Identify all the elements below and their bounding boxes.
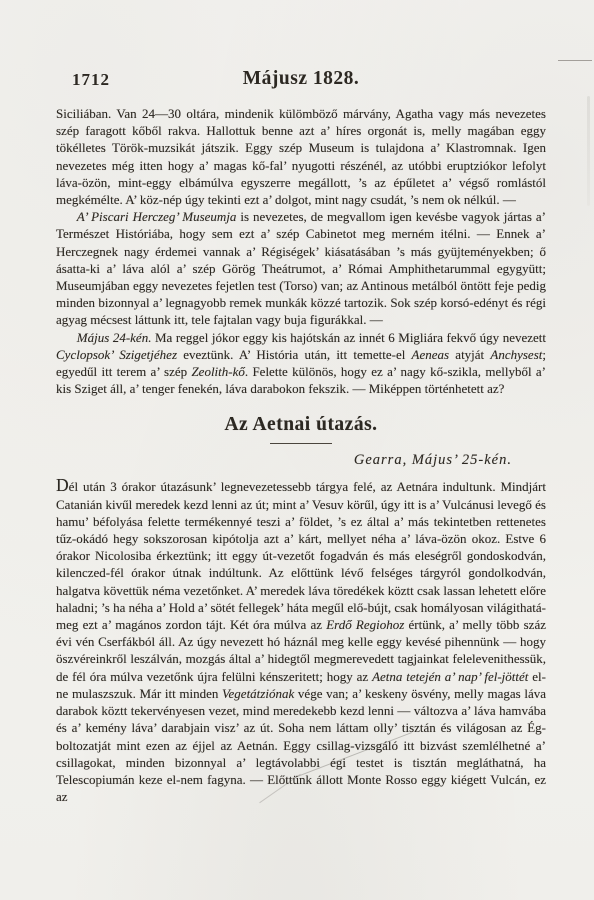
article-paragraph: Dél után 3 órakor útazásunk’ legnevezete… [56, 477, 546, 805]
scan-artifact-smudge [587, 96, 590, 206]
heading-divider [270, 443, 332, 444]
italic-text-run: Aeneas [412, 347, 450, 362]
italic-text-run: Zeolith-kő [191, 364, 244, 379]
issue-title: Májusz 1828. [56, 68, 546, 90]
italic-text-run: Erdő Regiohoz [326, 617, 404, 632]
scan-artifact-dash [558, 60, 592, 61]
text-run: Ma reggel jókor eggy kis hajótskán az in… [151, 330, 546, 345]
dateline: Gearra, Május’ 25-kén. [56, 452, 546, 469]
text-run: Dél után 3 órakor útazásunk’ legnevezete… [56, 479, 546, 632]
article-paragraphs: Dél után 3 órakor útazásunk’ legnevezete… [56, 477, 546, 805]
text-run: vége van; a’ keskeny ösvény, melly magas… [56, 686, 546, 804]
italic-text-run: Vegetátziónak [222, 686, 294, 701]
italic-text-run: Aetna tetején a’ nap’ fel-jöttét [372, 669, 528, 684]
page-header: 1712 Májusz 1828. [56, 70, 546, 96]
text-column: 1712 Májusz 1828. Siciliában. Van 24—30 … [56, 70, 546, 805]
italic-text-run: Cyclopsok’ Szigetjéhez [56, 347, 177, 362]
text-run: eveztünk. A’ História után, itt temette-… [177, 347, 412, 362]
italic-text-run: Anchysest [490, 347, 542, 362]
body-paragraph: Május 24-kén. Ma reggel jókor eggy kis h… [56, 329, 546, 398]
section-title: Az Aetnai útazás. [56, 414, 546, 436]
body-paragraphs: Siciliában. Van 24—30 oltára, mindenik k… [56, 105, 546, 397]
italic-text-run: A’ Piscari Herczeg’ Museumja [77, 209, 237, 224]
text-run: Siciliában. Van 24—30 oltára, mindenik k… [56, 106, 546, 207]
italic-text-run: Május 24-kén. [77, 330, 152, 345]
text-run: is nevezetes, de megvallom igen kevésbe … [56, 209, 546, 327]
body-paragraph: A’ Piscari Herczeg’ Museumja is nevezete… [56, 208, 546, 328]
body-paragraph: Siciliában. Van 24—30 oltára, mindenik k… [56, 105, 546, 208]
scanned-page: 1712 Májusz 1828. Siciliában. Van 24—30 … [0, 0, 594, 900]
text-run: atyját [449, 347, 490, 362]
